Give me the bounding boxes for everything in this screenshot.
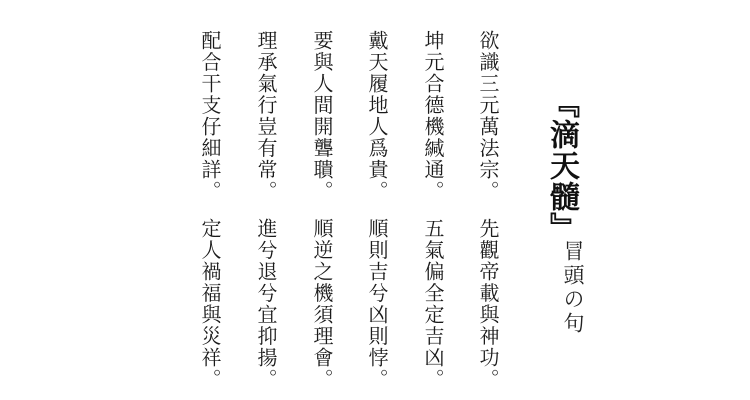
verse-column-3: 戴天履地人爲貴。順則吉兮凶則悖。 bbox=[365, 30, 389, 390]
verse-column-2: 坤元合德機緘通。五氣偏全定吉凶。 bbox=[421, 30, 445, 390]
verse-line: 先觀帝載與神功。 bbox=[476, 218, 500, 390]
verse-line: 順逆之機須理會。 bbox=[310, 218, 334, 390]
verse-line: 進兮退兮宜抑揚。 bbox=[254, 218, 278, 390]
verse-column-1: 欲識三元萬法宗。先觀帝載與神功。 bbox=[476, 30, 500, 390]
verse-line: 坤元合德機緘通。 bbox=[421, 30, 445, 202]
verse-line: 要與人間開聾聵。 bbox=[310, 30, 334, 202]
verse-line: 欲識三元萬法宗。 bbox=[476, 30, 500, 202]
verse-column-6: 配合干支仔細詳。定人禍福與災祥。 bbox=[198, 30, 222, 390]
subtitle: 冒頭の句 bbox=[560, 240, 586, 336]
verse-line: 五氣偏全定吉凶。 bbox=[421, 218, 445, 390]
verse-line: 配合干支仔細詳。 bbox=[198, 30, 222, 202]
verse-column-4: 要與人間開聾聵。順逆之機須理會。 bbox=[310, 30, 334, 390]
verse-line: 順則吉兮凶則悖。 bbox=[365, 218, 389, 390]
verse-line: 理承氣行豈有常。 bbox=[254, 30, 278, 202]
verse-line: 戴天履地人爲貴。 bbox=[365, 30, 389, 202]
verse-column-5: 理承氣行豈有常。進兮退兮宜抑揚。 bbox=[254, 30, 278, 390]
title: 『滴天髓』 bbox=[543, 88, 579, 243]
verse-line: 定人禍福與災祥。 bbox=[198, 218, 222, 390]
